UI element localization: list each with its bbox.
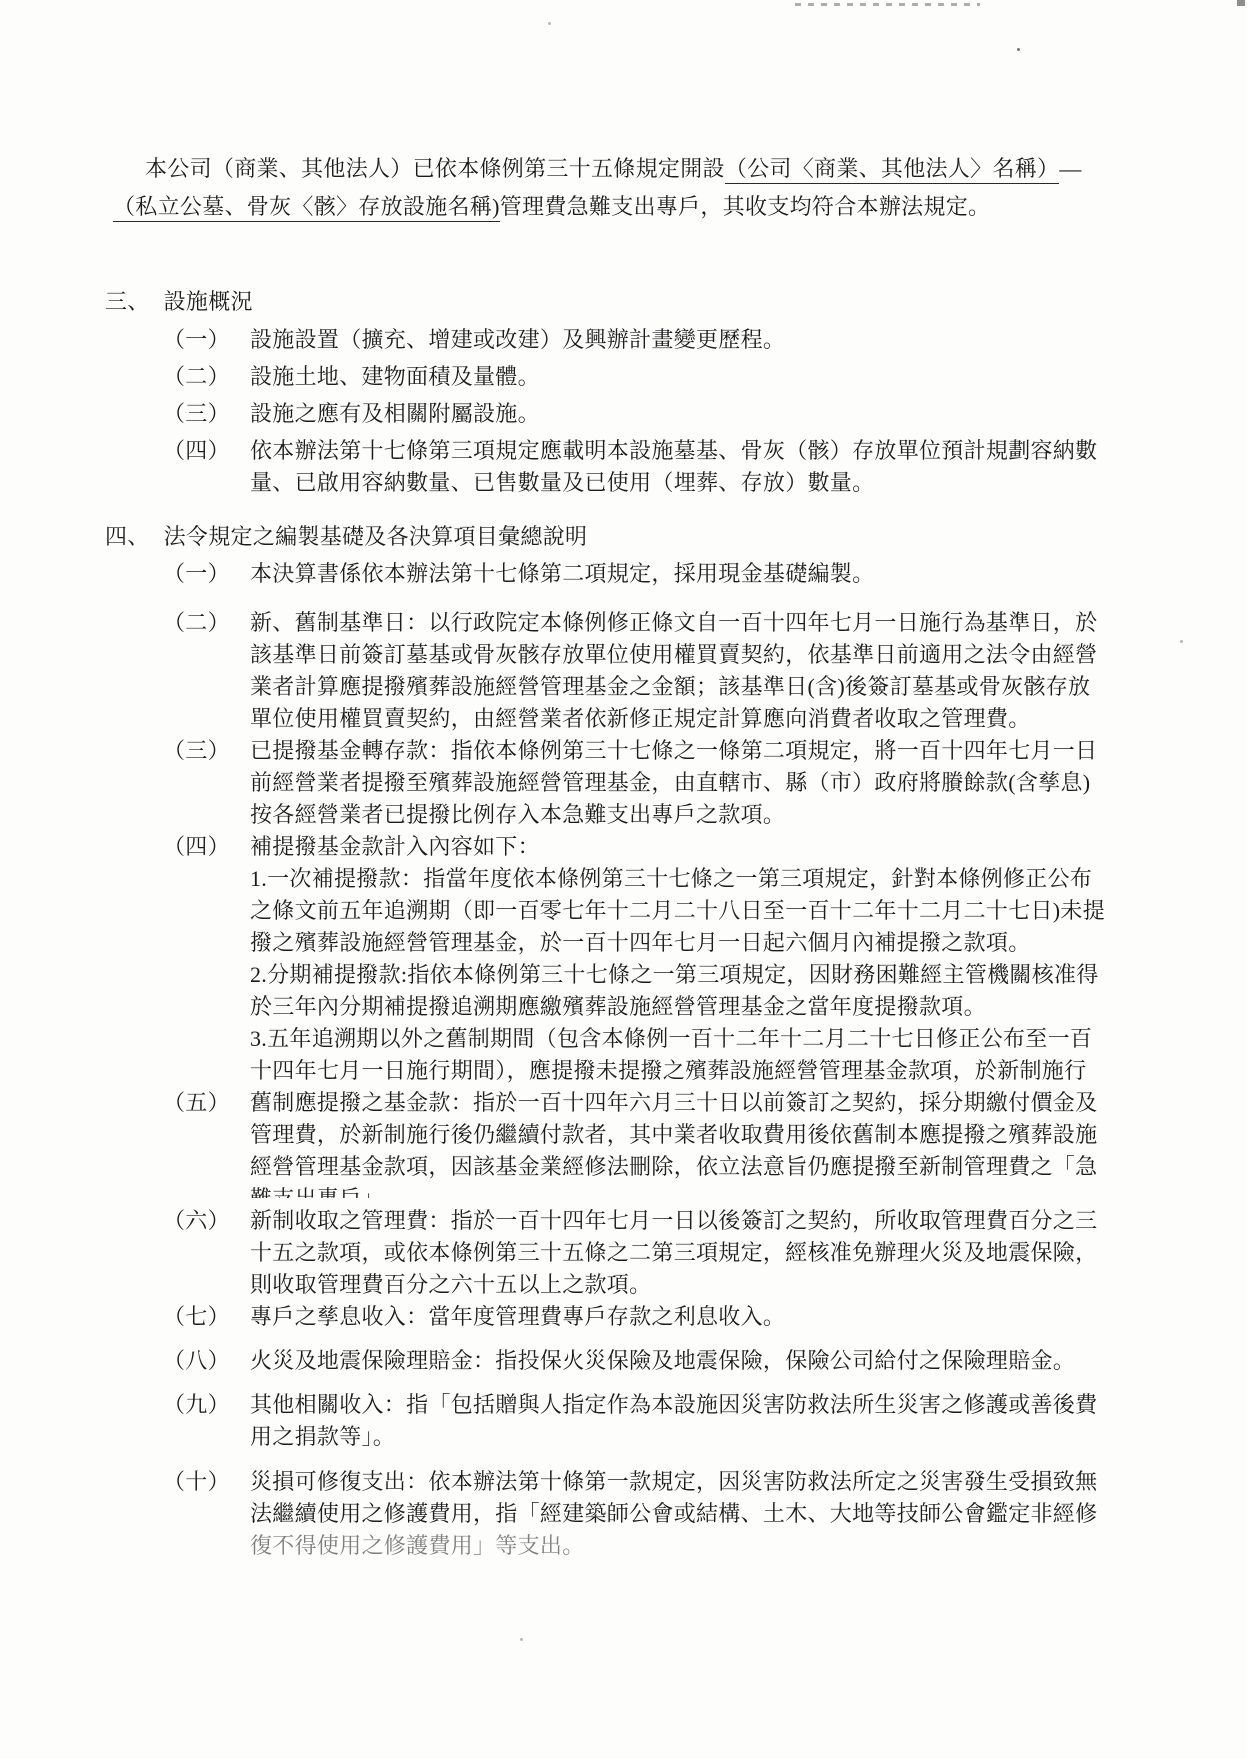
item-text: 舊制應提撥之基金款：指於一百十四年六月三十日以前簽訂之契約，採分期繳付價金及管理…: [250, 1087, 1155, 1198]
item-text: 設施之應有及相關附屬設施。: [250, 398, 1155, 430]
text-line: 於三年內分期補提撥追溯期應繳殯葬設施經營管理基金之當年度提撥款項。: [250, 991, 1155, 1023]
text-line: 則收取管理費百分之六十五以上之款項。: [250, 1269, 1155, 1301]
clipped-text-line: 難支出專戶」。: [250, 1183, 1155, 1198]
section: 三、設施概況（一）設施設置（擴充、增建或改建）及興辦計畫變更歷程。（二）設施土地…: [0, 286, 1247, 499]
text-line: 設施之應有及相關附屬設施。: [250, 398, 1155, 430]
item-label: （四）: [163, 435, 250, 467]
list-item: （二）新、舊制基準日：以行政院定本條例修正條文自一百十四年七月一日施行為基準日，…: [163, 607, 1247, 735]
intro-text: —: [1059, 156, 1081, 181]
text-line: 設施土地、建物面積及量體。: [250, 361, 1155, 393]
scan-speck: [520, 1638, 523, 1641]
list-item: （三）設施之應有及相關附屬設施。: [163, 398, 1247, 430]
text-line: 本決算書係依本辦法第十七條第二項規定，採用現金基礎編製。: [250, 558, 1155, 590]
section-header: 三、設施概況: [105, 286, 1247, 318]
text-line: 用之捐款等」。: [250, 1421, 1155, 1453]
item-label: （四）: [163, 831, 250, 863]
text-line: 之條文前五年追溯期（即一百零七年十二月二十八日至一百十二年十二月二十七日)未提: [250, 895, 1155, 927]
list-item: （九）其他相關收入：指「包括贈與人指定作為本設施因災害防救法所生災害之修護或善後…: [163, 1389, 1247, 1453]
text-line: 十四年七月一日施行期間），應提撥未提撥之殯葬設施經營管理基金款項，於新制施行: [250, 1055, 1155, 1087]
scan-speck: [1017, 48, 1020, 51]
list-item: （十）災損可修復支出：依本辦法第十條第一款規定，因災害防救法所定之災害發生受損致…: [163, 1466, 1247, 1558]
faded-text-line: 復不得使用之修護費用」等支出。: [250, 1530, 1155, 1558]
item-text: 設施土地、建物面積及量體。: [250, 361, 1155, 393]
item-label: （一）: [163, 324, 250, 356]
list-item: （四）依本辦法第十七條第三項規定應載明本設施墓基、骨灰（骸）存放單位預計規劃容納…: [163, 435, 1247, 499]
list-item: （七）專戶之孳息收入：當年度管理費專戶存款之利息收入。: [163, 1301, 1247, 1333]
text-line: 該基準日前簽訂墓基或骨灰骸存放單位使用權買賣契約，依基準日前適用之法令由經營: [250, 639, 1155, 671]
text-line: 專戶之孳息收入：當年度管理費專戶存款之利息收入。: [250, 1301, 1155, 1333]
text-line: 業者計算應提撥殯葬設施經營管理基金之金額；該基準日(含)後簽訂墓基或骨灰骸存放: [250, 671, 1155, 703]
item-label: （十）: [163, 1466, 250, 1498]
fill-in-blank-underlined-text: （公司〈商業、其他法人〉名稱）: [725, 156, 1060, 184]
section-title: 設施概況: [164, 289, 253, 314]
text-line: 舊制應提撥之基金款：指於一百十四年六月三十日以前簽訂之契約，採分期繳付價金及: [250, 1087, 1155, 1119]
item-label: （八）: [163, 1345, 250, 1377]
list-item: （二）設施土地、建物面積及量體。: [163, 361, 1247, 393]
item-text: 設施設置（擴充、增建或改建）及興辦計畫變更歷程。: [250, 324, 1155, 356]
list-item: （五）舊制應提撥之基金款：指於一百十四年六月三十日以前簽訂之契約，採分期繳付價金…: [163, 1087, 1247, 1198]
text-line: 按各經營業者已提撥比例存入本急難支出專戶之款項。: [250, 799, 1155, 831]
item-text: 災損可修復支出：依本辦法第十條第一款規定，因災害防救法所定之災害發生受損致無法繼…: [250, 1466, 1155, 1558]
text-line: 依本辦法第十七條第三項規定應載明本設施墓基、骨灰（骸）存放單位預計規劃容納數: [250, 435, 1155, 467]
list-item: （八）火災及地震保險理賠金：指投保火災保險及地震保險，保險公司給付之保險理賠金。: [163, 1345, 1247, 1377]
text-line: 2.分期補提撥款:指依本條例第三十七條之一第三項規定，因財務困難經主管機關核准得: [250, 959, 1155, 991]
scan-dashed-line-artifact: [795, 3, 980, 6]
list-item: （一）設施設置（擴充、增建或改建）及興辦計畫變更歷程。: [163, 324, 1247, 356]
text-line: 法繼續使用之修護費用，指「經建築師公會或結構、土木、大地等技師公會鑑定非經修: [250, 1498, 1155, 1530]
intro-text: 本公司（商業、其他法人）已依本條例第三十五條規定開設: [145, 156, 725, 181]
item-label: （九）: [163, 1389, 250, 1421]
text-line: 單位使用權買賣契約，由經營業者依新修正規定計算應向消費者收取之管理費。: [250, 703, 1155, 735]
scan-corner-mark: [1237, 0, 1245, 6]
item-label: （五）: [163, 1087, 250, 1119]
item-text: 本決算書係依本辦法第十七條第二項規定，採用現金基礎編製。: [250, 558, 1155, 590]
intro-line: （私立公墓、骨灰〈骸〉存放設施名稱)管理費急難支出專戶，其收支均符合本辦法規定。: [113, 188, 1177, 226]
item-text: 新、舊制基準日：以行政院定本條例修正條文自一百十四年七月一日施行為基準日，於該基…: [250, 607, 1155, 735]
text-line: 已提撥基金轉存款：指依本條例第三十七條之一條第二項規定，將一百十四年七月一日: [250, 735, 1155, 767]
intro-line: 本公司（商業、其他法人）已依本條例第三十五條規定開設（公司〈商業、其他法人〉名稱…: [113, 150, 1177, 188]
section-title: 法令規定之編製基礎及各決算項目彙總說明: [164, 524, 588, 549]
scan-speck: [548, 22, 551, 25]
item-text: 依本辦法第十七條第三項規定應載明本設施墓基、骨灰（骸）存放單位預計規劃容納數量、…: [250, 435, 1155, 499]
text-line: 災損可修復支出：依本辦法第十條第一款規定，因災害防救法所定之災害發生受損致無: [250, 1466, 1155, 1498]
item-text: 補提撥基金款計入內容如下：1.一次補提撥款：指當年度依本條例第三十七條之一第三項…: [250, 831, 1155, 1087]
text-line: 撥之殯葬設施經營管理基金，於一百十四年七月一日起六個月內補提撥之款項。: [250, 927, 1155, 959]
text-line: 1.一次補提撥款：指當年度依本條例第三十七條之一第三項規定，針對本條例修正公布: [250, 863, 1155, 895]
section-number: 四、: [105, 521, 150, 553]
text-line: 3.五年追溯期以外之舊制期間（包含本條例一百十二年十二月二十七日修正公布至一百: [250, 1023, 1155, 1055]
text-line: 補提撥基金款計入內容如下：: [250, 831, 1155, 863]
fill-in-blank-underlined-text: （私立公墓、骨灰〈骸〉存放設施名稱): [113, 194, 500, 222]
list-item: （一）本決算書係依本辦法第十七條第二項規定，採用現金基礎編製。: [163, 558, 1247, 590]
item-text: 新制收取之管理費：指於一百十四年七月一日以後簽訂之契約，所收取管理費百分之三十五…: [250, 1205, 1155, 1301]
section: 四、法令規定之編製基礎及各決算項目彙總說明（一）本決算書係依本辦法第十七條第二項…: [0, 521, 1247, 1558]
item-label: （一）: [163, 558, 250, 590]
text-line: 火災及地震保險理賠金：指投保火災保險及地震保險，保險公司給付之保險理賠金。: [250, 1345, 1155, 1377]
list-item: （六）新制收取之管理費：指於一百十四年七月一日以後簽訂之契約，所收取管理費百分之…: [163, 1205, 1247, 1301]
item-label: （七）: [163, 1301, 250, 1333]
text-line: 管理費，於新制施行後仍繼續付款者，其中業者收取費用後依舊制本應提撥之殯葬設施: [250, 1119, 1155, 1151]
text-line: 設施設置（擴充、增建或改建）及興辦計畫變更歷程。: [250, 324, 1155, 356]
intro-paragraph: 本公司（商業、其他法人）已依本條例第三十五條規定開設（公司〈商業、其他法人〉名稱…: [113, 150, 1177, 226]
text-line: 其他相關收入：指「包括贈與人指定作為本設施因災害防救法所生災害之修護或善後費: [250, 1389, 1155, 1421]
list-item: （三）已提撥基金轉存款：指依本條例第三十七條之一條第二項規定，將一百十四年七月一…: [163, 735, 1247, 831]
item-text: 其他相關收入：指「包括贈與人指定作為本設施因災害防救法所生災害之修護或善後費用之…: [250, 1389, 1155, 1453]
text-line: 十五之款項，或依本條例第三十五條之二第三項規定，經核准免辦理火災及地震保險，: [250, 1237, 1155, 1269]
list-item: （四）補提撥基金款計入內容如下：1.一次補提撥款：指當年度依本條例第三十七條之一…: [163, 831, 1247, 1087]
intro-text: 管理費急難支出專戶，其收支均符合本辦法規定。: [500, 194, 991, 219]
text-line: 量、已啟用容納數量、已售數量及已使用（埋葬、存放）數量。: [250, 467, 1155, 499]
text-line: 前經營業者提撥至殯葬設施經營管理基金，由直轄市、縣（市）政府將賸餘款(含孳息): [250, 767, 1155, 799]
item-text: 火災及地震保險理賠金：指投保火災保險及地震保險，保險公司給付之保險理賠金。: [250, 1345, 1155, 1377]
item-label: （六）: [163, 1205, 250, 1237]
section-header: 四、法令規定之編製基礎及各決算項目彙總說明: [105, 521, 1247, 553]
item-label: （三）: [163, 735, 250, 767]
section-number: 三、: [105, 286, 150, 318]
scan-speck: [1180, 640, 1183, 643]
item-text: 已提撥基金轉存款：指依本條例第三十七條之一條第二項規定，將一百十四年七月一日前經…: [250, 735, 1155, 831]
text-line: 新、舊制基準日：以行政院定本條例修正條文自一百十四年七月一日施行為基準日，於: [250, 607, 1155, 639]
text-line: 經營管理基金款項，因該基金業經修法刪除，依立法意旨仍應提撥至新制管理費之「急: [250, 1151, 1155, 1183]
sections-container: 三、設施概況（一）設施設置（擴充、增建或改建）及興辦計畫變更歷程。（二）設施土地…: [0, 286, 1247, 1558]
item-label: （三）: [163, 398, 250, 430]
item-text: 專戶之孳息收入：當年度管理費專戶存款之利息收入。: [250, 1301, 1155, 1333]
item-label: （二）: [163, 361, 250, 393]
item-label: （二）: [163, 607, 250, 639]
document-page: 本公司（商業、其他法人）已依本條例第三十五條規定開設（公司〈商業、其他法人〉名稱…: [0, 0, 1247, 1759]
section-items: （一）本決算書係依本辦法第十七條第二項規定，採用現金基礎編製。（二）新、舊制基準…: [163, 558, 1247, 1558]
section-items: （一）設施設置（擴充、增建或改建）及興辦計畫變更歷程。（二）設施土地、建物面積及…: [163, 324, 1247, 499]
text-line: 新制收取之管理費：指於一百十四年七月一日以後簽訂之契約，所收取管理費百分之三: [250, 1205, 1155, 1237]
